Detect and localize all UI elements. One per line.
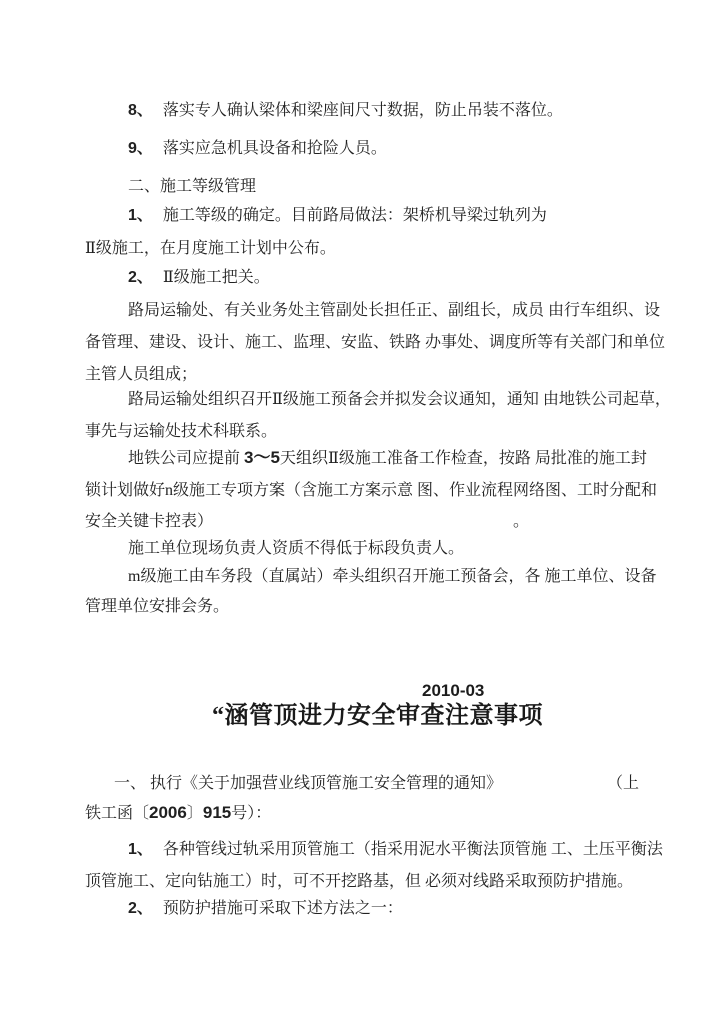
list-item-1: 1、施工等级的确定。目前路局做法：架桥机导梁过轨列为 xyxy=(0,205,720,227)
reference-text: 〕 xyxy=(187,805,203,822)
paragraph-text: 地铁公司应提前 xyxy=(128,450,244,467)
item-number: 1、 xyxy=(128,841,153,858)
line-wrap-tail: （上 xyxy=(607,773,639,795)
document-page: 8、落实专人确认梁体和梁座间尺寸数据，防止吊装不落位。 9、落实应急机具设备和抢… xyxy=(0,0,720,1018)
reference-number-line: 铁工函〔2006〕915号）： xyxy=(0,802,720,825)
reference-year: 2006 xyxy=(149,803,187,822)
document-title: “涵管顶进力安全审查注意事项 xyxy=(212,700,543,732)
section-text: 一、 执行《关于加强营业线顶管施工安全管理的通知》 xyxy=(114,775,502,792)
item-number: 9、 xyxy=(128,140,153,157)
paragraph-line: 安全关键卡控表）。 xyxy=(0,511,720,533)
item-number: 8、 xyxy=(128,102,153,119)
item-text: Ⅱ级施工把关。 xyxy=(163,269,270,286)
item-number: 2、 xyxy=(128,900,153,917)
item-text: 施工等级的确定。目前路局做法：架桥机导梁过轨列为 xyxy=(163,207,547,224)
document-date: 2010-03 xyxy=(422,681,484,701)
reference-text: 号）： xyxy=(231,805,271,822)
item-text: 预防护措施可采取下述方法之一： xyxy=(163,900,403,917)
paragraph-line: 路局运输处、有关业务处主管副处长担任正、副组长，成员 由行车组织、设 xyxy=(0,300,720,322)
item-text: 落实专人确认梁体和梁座间尺寸数据，防止吊装不落位。 xyxy=(163,102,563,119)
paragraph-line: 施工单位现场负责人资质不得低于标段负责人。 xyxy=(0,538,720,560)
reference-text: 铁工函〔 xyxy=(85,805,149,822)
item-text: 落实应急机具设备和抢险人员。 xyxy=(163,140,387,157)
paragraph-text: 安全关键卡控表） xyxy=(85,513,213,530)
paragraph-text: 天组织Ⅱ级施工准备工作检查，按路 局批准的施工封 xyxy=(280,450,647,467)
paragraph-line: 地铁公司应提前 3～5天组织Ⅱ级施工准备工作检查，按路 局批准的施工封 xyxy=(0,447,720,470)
list-item-b1: 1、各种管线过轨采用顶管施工（指采用泥水平衡法顶管施 工、土压平衡法 xyxy=(0,839,720,861)
reference-doc-number: 915 xyxy=(203,803,231,822)
list-item-b2: 2、预防护措施可采取下述方法之一： xyxy=(0,898,720,920)
item-number: 1、 xyxy=(128,207,153,224)
list-item-8: 8、落实专人确认梁体和梁座间尺寸数据，防止吊装不落位。 xyxy=(0,100,720,122)
paragraph-line: 主管人员组成； xyxy=(0,364,720,386)
list-item-2: 2、Ⅱ级施工把关。 xyxy=(0,267,720,289)
paragraph-line: 管理单位安排会务。 xyxy=(0,596,720,618)
list-item-9: 9、落实应急机具设备和抢险人员。 xyxy=(0,138,720,160)
day-range-number: 3～5 xyxy=(244,448,280,467)
paragraph-line: 路局运输处组织召开Ⅱ级施工预备会并拟发会议通知，通知 由地铁公司起草， xyxy=(0,389,720,411)
section-one-line: 一、 执行《关于加强营业线顶管施工安全管理的通知》（上 xyxy=(0,773,720,795)
paragraph-line: 锁计划做好n级施工专项方案（含施工方案示意 图、作业流程网络图、工时分配和 xyxy=(0,480,720,502)
item-number: 2、 xyxy=(128,269,153,286)
list-item-b1-continuation: 顶管施工、定向钻施工）时，可不开挖路基，但 必须对线路采取预防护措施。 xyxy=(0,871,720,893)
paragraph-line: 事先与运输处技术科联系。 xyxy=(0,421,720,443)
paragraph-line: 备管理、建设、设计、施工、监理、安监、铁路 办事处、调度所等有关部门和单位 xyxy=(0,332,720,354)
item-text: 各种管线过轨采用顶管施工（指采用泥水平衡法顶管施 工、土压平衡法 xyxy=(163,841,663,858)
trailing-period: 。 xyxy=(513,511,529,533)
list-item-1-continuation: Ⅱ级施工，在月度施工计划中公布。 xyxy=(0,238,720,260)
paragraph-line: m级施工由车务段（直属站）牵头组织召开施工预备会，各 施工单位、设备 xyxy=(0,566,720,588)
section-heading-2: 二、施工等级管理 xyxy=(0,176,720,198)
